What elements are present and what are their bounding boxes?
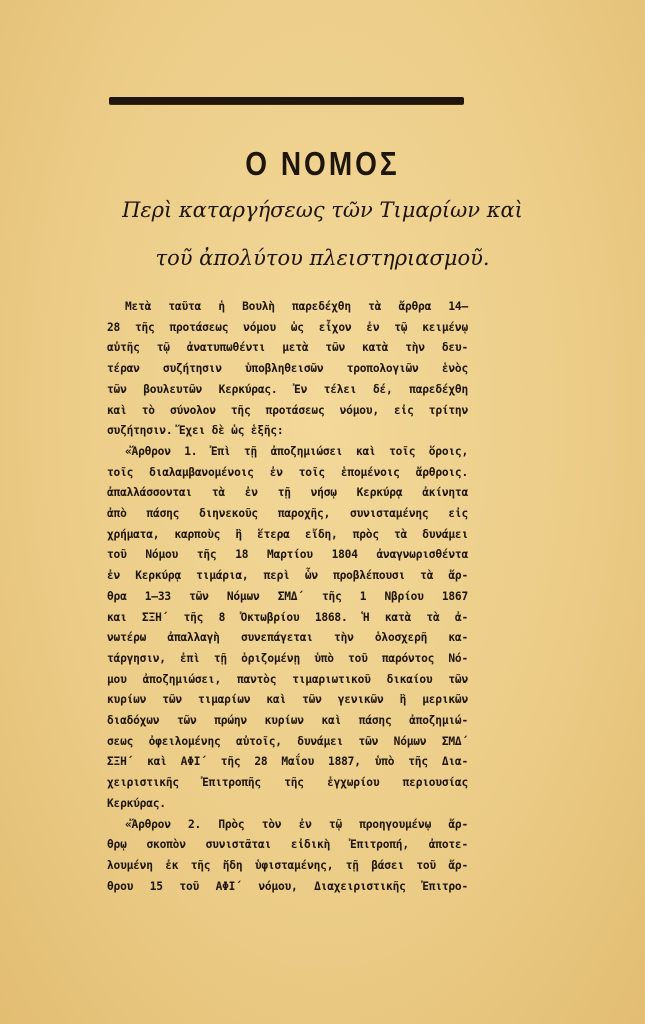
document-title: Ο ΝΟΜΟΣ	[0, 145, 645, 183]
text-line: αὐτῆς τῷ ἀνατυπωθέντι μετὰ τῶν κατὰ τὴν …	[107, 338, 468, 359]
text-line: τάργησιν, ἐπὶ τῇ ὁριζομένῃ ὑπὸ τοῦ παρόν…	[107, 649, 468, 670]
text-line: 28 τῆς προτάσεως νόμου ὡς εἶχον ἐν τῷ κε…	[107, 318, 468, 339]
text-line: «Ἄρθρον 2. Πρὸς τὸν ἐν τῷ προηγουμένῳ ἄρ…	[107, 815, 468, 836]
text-line: τοῖς διαλαμβανομένοις ἐν τοῖς ἑπομένοις …	[107, 463, 468, 484]
text-line: χειριστικῆς Ἐπιτροπῆς τῆς ἐγχωρίου περιο…	[107, 773, 468, 794]
text-line: κυρίων τῶν τιμαρίων καὶ τῶν γενικῶν ἢ με…	[107, 690, 468, 711]
header-rule	[109, 97, 464, 104]
text-line: τέραν συζήτησιν ὑποβληθεισῶν τροπολογιῶν…	[107, 359, 468, 380]
text-line: σεως ὀφειλομένης αὐτοῖς, δυνάμει τῶν Νόμ…	[107, 732, 468, 753]
document-body: Μετὰ ταῦτα ἡ Βουλὴ παρεδέχθη τὰ ἄρθρα 14…	[107, 297, 468, 897]
text-line: ἀπαλλάσσονται τὰ ἐν τῇ νήσῳ Κερκύρᾳ ἀκίν…	[107, 483, 468, 504]
text-line: τοῦ Νόμου τῆς 18 Μαρτίου 1804 ἀναγνωρισθ…	[107, 545, 468, 566]
text-line: ΣΞΗ΄ καὶ ΑΦΙ΄ τῆς 28 Μαΐου 1887, ὑπὸ τῆς…	[107, 752, 468, 773]
text-line: θρου 15 τοῦ ΑΦΙ΄ νόμου, Διαχειριστικῆς Ἐ…	[107, 877, 468, 898]
text-line: Κερκύρας.	[107, 794, 468, 815]
text-line: χρήματα, καρποὺς ἢ ἕτερα εἴδη, πρὸς τὰ δ…	[107, 525, 468, 546]
document-subtitle-line-2: τοῦ ἀπολύτου πλειστηριασμοῦ.	[0, 246, 645, 270]
text-line: νωτέρω ἀπαλλαγὴ συνεπάγεται τὴν ὁλοσχερῆ…	[107, 628, 468, 649]
text-line: ἐν Κερκύρᾳ τιμάρια, περὶ ὧν προβλέπουσι …	[107, 566, 468, 587]
text-line: και ΣΞΗ΄ τῆς 8 Ὀκτωβρίου 1868. Ἡ κατὰ τὰ…	[107, 608, 468, 629]
document-subtitle-line-1: Περὶ καταργήσεως τῶν Τιμαρίων καὶ	[0, 198, 645, 222]
text-line: λουμένη ἐκ τῆς ἤδη ὑφισταμένης, τῇ βάσει…	[107, 856, 468, 877]
text-line: «Ἄρθρον 1. Ἐπὶ τῇ ἀποζημιώσει καὶ τοῖς ὅ…	[107, 442, 468, 463]
paragraph-intro: Μετὰ ταῦτα ἡ Βουλὴ παρεδέχθη τὰ ἄρθρα 14…	[107, 297, 468, 442]
paragraph-article-2: «Ἄρθρον 2. Πρὸς τὸν ἐν τῷ προηγουμένῳ ἄρ…	[107, 815, 468, 898]
text-line: τῶν βουλευτῶν Κερκύρας. Ἐν τέλει δέ, παρ…	[107, 380, 468, 401]
document-page: Ο ΝΟΜΟΣ Περὶ καταργήσεως τῶν Τιμαρίων κα…	[0, 0, 645, 1024]
text-line: μου ἀποζημιώσει, παντὸς τιμαριωτικοῦ δικ…	[107, 670, 468, 691]
text-line: Μετὰ ταῦτα ἡ Βουλὴ παρεδέχθη τὰ ἄρθρα 14…	[107, 297, 468, 318]
text-line: ἀπὸ πάσης διηνεκοῦς παροχῆς, συνισταμένη…	[107, 504, 468, 525]
text-line: καὶ τὸ σύνολον τῆς προτάσεως νόμου, εἰς …	[107, 401, 468, 422]
paragraph-article-1: «Ἄρθρον 1. Ἐπὶ τῇ ἀποζημιώσει καὶ τοῖς ὅ…	[107, 442, 468, 815]
text-line: συζήτησιν. Ἔχει δὲ ὡς ἑξῆς:	[107, 421, 468, 442]
text-line: θρα 1—33 τῶν Νόμων ΣΜΔ΄ τῆς 1 Νβρίου 186…	[107, 587, 468, 608]
text-line: θρῳ σκοπὸν συνιστᾶται εἰδικὴ Ἐπιτροπή, ἀ…	[107, 835, 468, 856]
text-line: διαδόχων τῶν πρώην κυρίων καὶ πάσης ἀποζ…	[107, 711, 468, 732]
